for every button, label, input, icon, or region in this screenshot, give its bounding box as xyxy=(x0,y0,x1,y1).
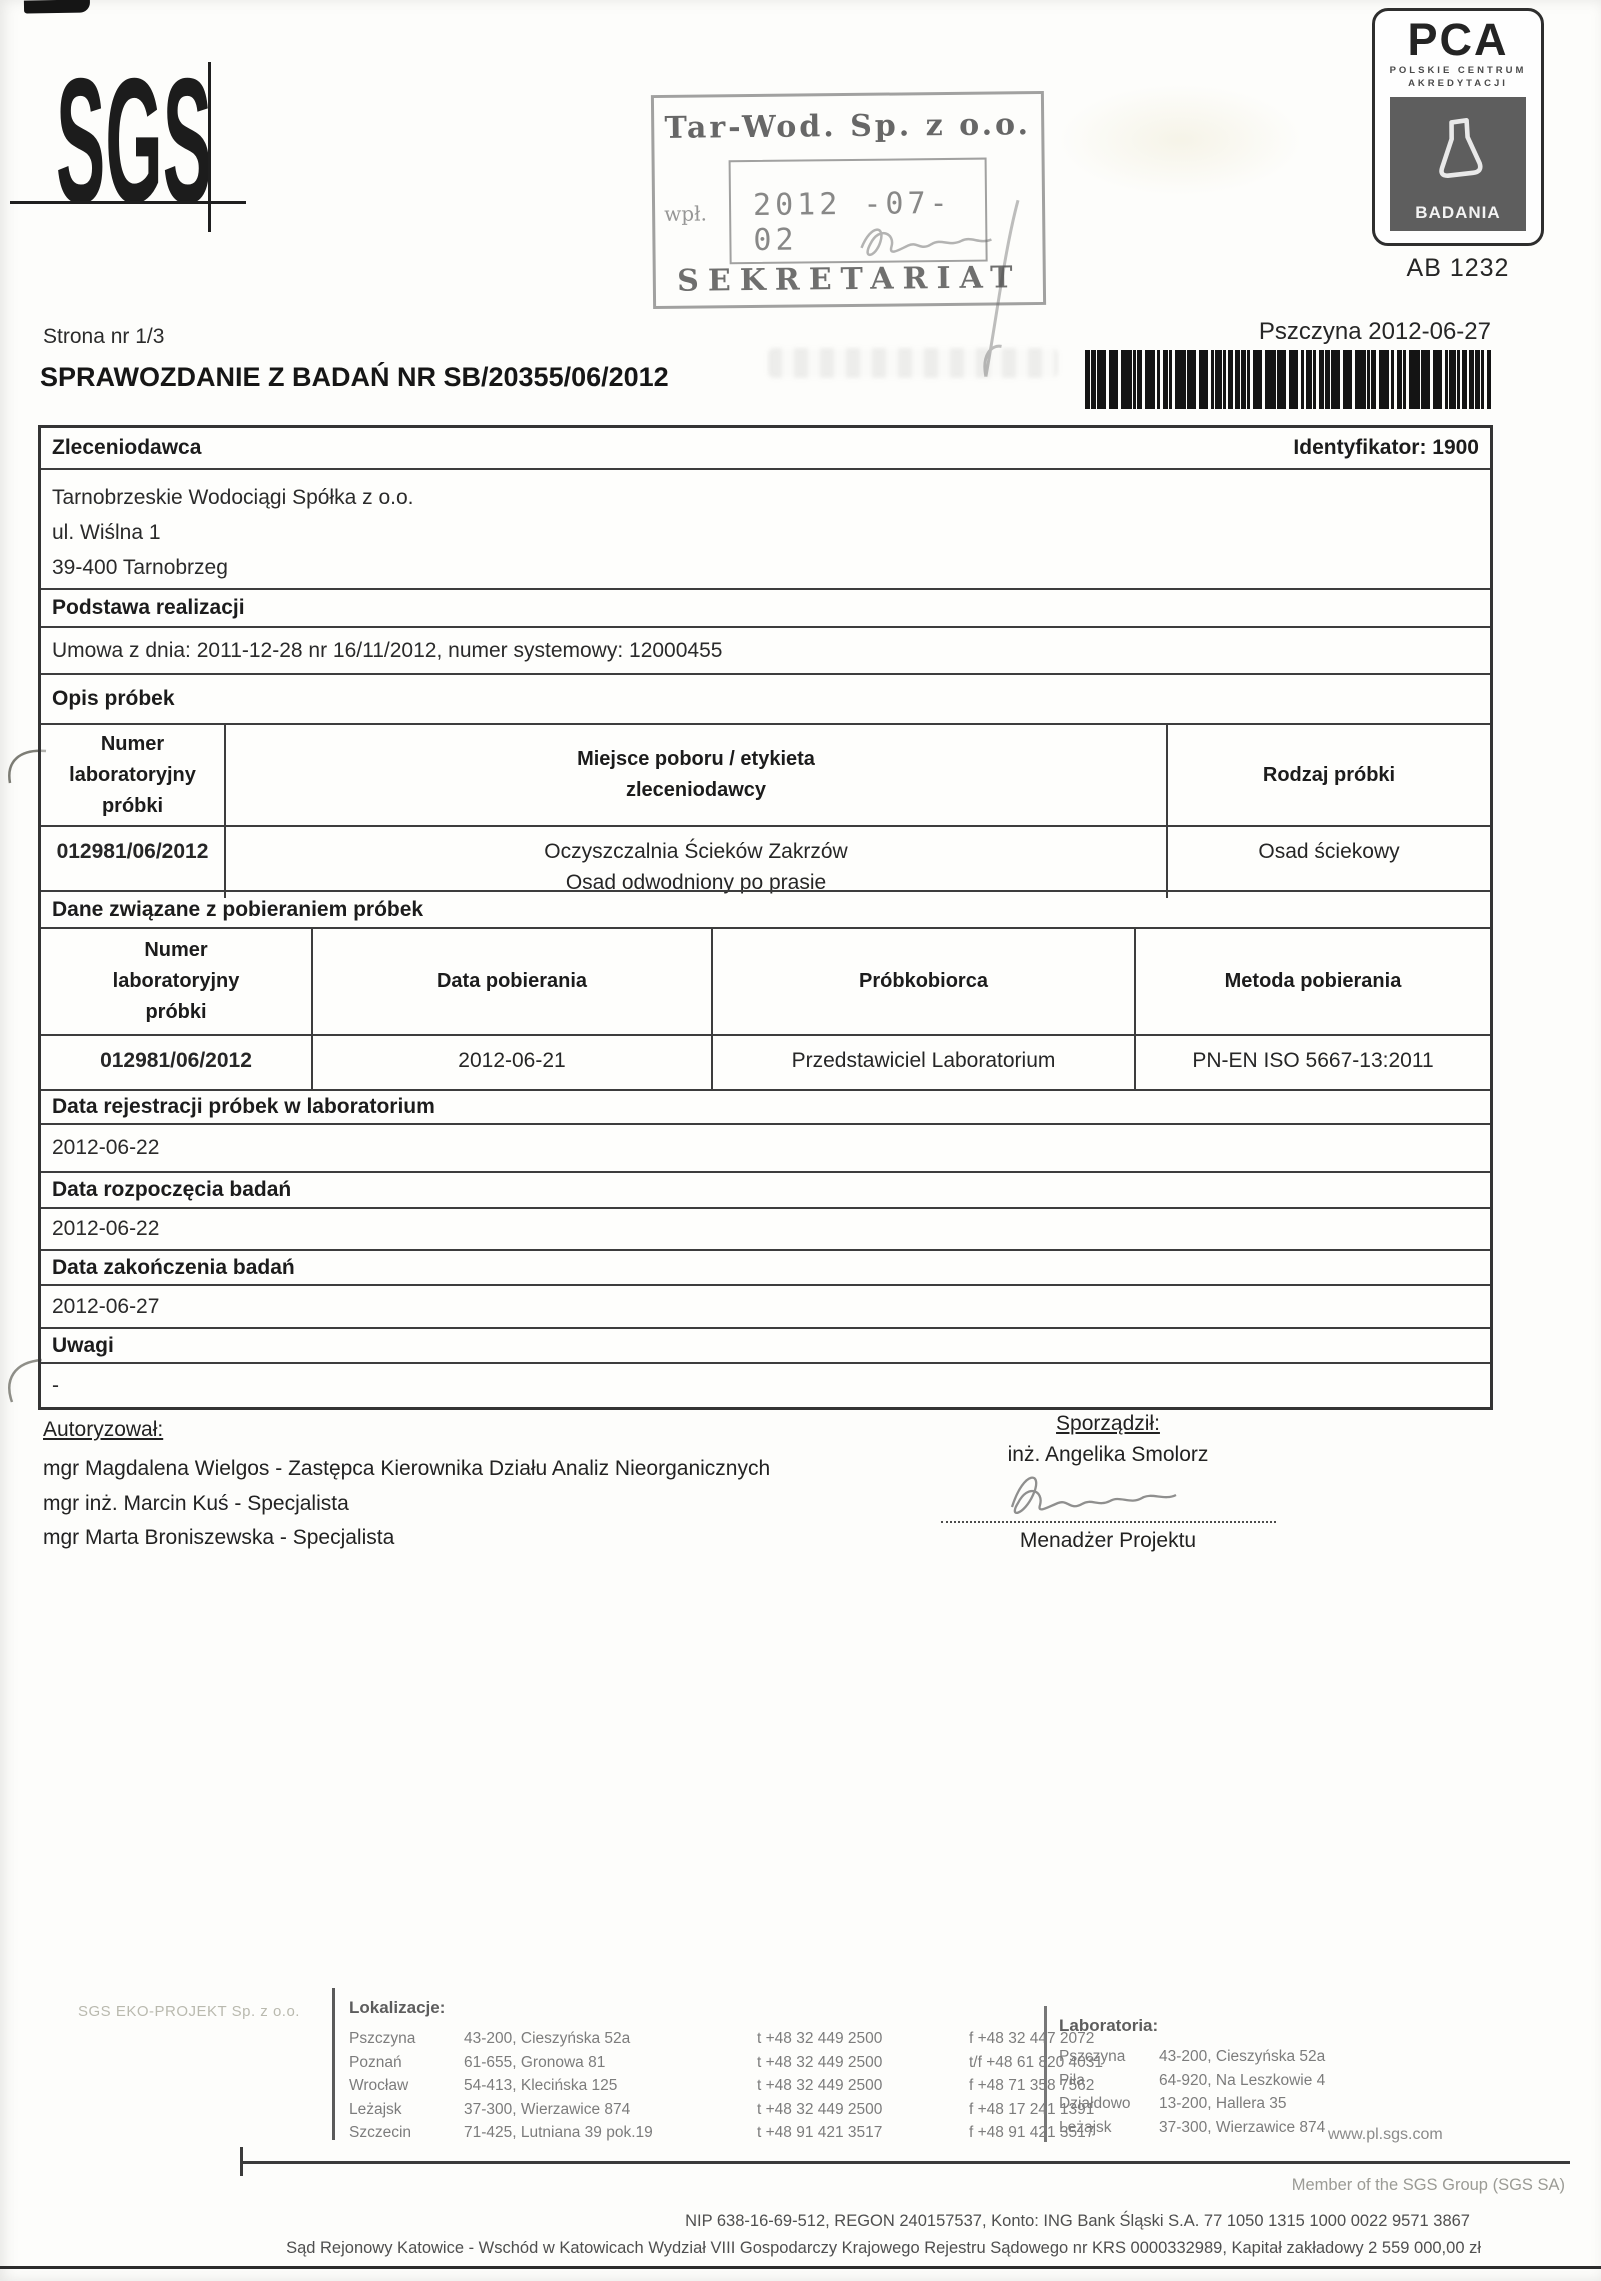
data-rejestracji-label: Data rejestracji próbek w laboratorium xyxy=(52,1095,435,1119)
data-zakonczenia-value: 2012-06-27 xyxy=(52,1295,159,1319)
identifier-value: Identyfikator: 1900 xyxy=(1293,436,1479,460)
prepared-role: Menadżer Projektu xyxy=(933,1529,1283,1553)
client-city: 39-400 Tarnobrzeg xyxy=(52,550,1479,585)
scan-corner-mark xyxy=(24,0,90,14)
location-address: 43-200, Cieszyńska 52a xyxy=(464,2027,757,2051)
podstawa-value-row: Umowa z dnia: 2011-12-28 nr 16/11/2012, … xyxy=(41,626,1490,673)
lab-city: Piła xyxy=(1059,2069,1159,2093)
lab-address: 13-200, Hallera 35 xyxy=(1159,2092,1325,2116)
client-name: Tarnobrzeskie Wodociągi Spółka z o.o. xyxy=(52,480,1479,515)
col2-data-label: Data pobierania xyxy=(437,966,587,997)
lab-address: 43-200, Cieszyńska 52a xyxy=(1159,2045,1325,2069)
pca-subtitle-line2: AKREDYTACJI xyxy=(1375,77,1541,90)
pca-scope-label: BADANIA xyxy=(1390,203,1526,223)
dane-pobieranie-header-row: Numer laboratoryjny próbki Data pobieran… xyxy=(41,929,1490,1034)
location-phone: t +48 32 449 2500 xyxy=(757,2027,969,2051)
col2-metoda-pobierania: Metoda pobierania xyxy=(1136,929,1490,1034)
dane-pobieranie-label: Dane związane z pobieraniem próbek xyxy=(52,898,423,922)
col-rodzaj-label: Rodzaj próbki xyxy=(1263,760,1395,791)
podstawa-label: Podstawa realizacji xyxy=(52,596,245,620)
accreditation-number: AB 1232 xyxy=(1372,254,1544,283)
sampling-method: PN-EN ISO 5667-13:2011 xyxy=(1192,1045,1433,1076)
location-address: 71-425, Lutniana 39 pok.19 xyxy=(464,2121,757,2145)
col-numer-laboratoryjny: Numer laboratoryjny próbki xyxy=(41,725,226,825)
pca-accreditation-block: PCA POLSKIE CENTRUM AKREDYTACJI BADANIA … xyxy=(1372,8,1544,283)
authorized-person-1: mgr Magdalena Wielgos - Zastępca Kierown… xyxy=(43,1452,770,1487)
data-rozpoczecia-value: 2012-06-22 xyxy=(52,1217,159,1241)
location-address: 54-413, Klecińska 125 xyxy=(464,2074,757,2098)
dane-pobieranie-data-row: 012981/06/2012 2012-06-21 Przedstawiciel… xyxy=(41,1034,1490,1089)
uwagi-value-row: - xyxy=(41,1362,1490,1407)
section-zleceniodawca: Zleceniodawca Identyfikator: 1900 xyxy=(41,428,1490,468)
section-data-zakonczenia: Data zakończenia badań xyxy=(41,1249,1490,1284)
col2-probkobiorca: Próbkobiorca xyxy=(713,929,1136,1034)
data-rozpoczecia-value-row: 2012-06-22 xyxy=(41,1207,1490,1249)
location-phone: t +48 91 421 3517 xyxy=(757,2121,969,2145)
data-zakonczenia-value-row: 2012-06-27 xyxy=(41,1284,1490,1327)
sample-type-cell: Osad ściekowy xyxy=(1168,827,1490,898)
umowa-value: Umowa z dnia: 2011-12-28 nr 16/11/2012, … xyxy=(52,639,722,663)
col2-probkobiorca-label: Próbkobiorca xyxy=(859,966,988,997)
sampling-person-cell: Przedstawiciel Laboratorium xyxy=(713,1036,1136,1089)
section-data-rejestracji: Data rejestracji próbek w laboratorium xyxy=(41,1089,1490,1123)
authorized-person-2: mgr inż. Marcin Kuś - Specjalista xyxy=(43,1487,770,1522)
location-phone: t +48 32 449 2500 xyxy=(757,2051,969,2075)
location-city: Wrocław xyxy=(349,2074,464,2098)
authorized-label: Autoryzował: xyxy=(43,1418,770,1442)
col-numer-label: Numer laboratoryjny próbki xyxy=(63,729,203,822)
lab-city: Pszczyna xyxy=(1059,2045,1159,2069)
sample-location-cell: Oczyszczalnia Ścieków Zakrzów Osad odwod… xyxy=(226,827,1168,898)
location-address: 61-655, Gronowa 81 xyxy=(464,2051,757,2075)
prepared-by-block: Sporządził: inż. Angelika Smolorz Menadż… xyxy=(933,1412,1283,1553)
client-street: ul. Wiślna 1 xyxy=(52,515,1479,550)
col2-data-pobierania: Data pobierania xyxy=(313,929,713,1034)
sampling-number-cell: 012981/06/2012 xyxy=(41,1036,313,1089)
footer-company-name: SGS EKO-PROJEKT Sp. z o.o. xyxy=(78,2003,300,2020)
col2-metoda-label: Metoda pobierania xyxy=(1225,966,1402,997)
location-phone: t +48 32 449 2500 xyxy=(757,2098,969,2122)
section-data-rozpoczecia: Data rozpoczęcia badań xyxy=(41,1171,1490,1207)
sampling-date: 2012-06-21 xyxy=(458,1045,565,1076)
page-bottom-rule xyxy=(0,2266,1601,2269)
zleceniodawca-label: Zleceniodawca xyxy=(52,436,201,460)
sgs-member-note: Member of the SGS Group (SGS SA) xyxy=(1292,2176,1565,2195)
scan-smudge xyxy=(1058,84,1303,196)
col-miejsce-poboru: Miejsce poboru / etykieta zleceniodawcy xyxy=(226,725,1168,825)
lab-city: Leżajsk xyxy=(1059,2116,1159,2140)
data-rozpoczecia-label: Data rozpoczęcia badań xyxy=(52,1178,291,1202)
registry-line-nip: NIP 638-16-69-512, REGON 240157537, Kont… xyxy=(685,2212,1470,2231)
sample-number: 012981/06/2012 xyxy=(57,836,209,867)
location-phone: t +48 32 449 2500 xyxy=(757,2074,969,2098)
sampling-method-cell: PN-EN ISO 5667-13:2011 xyxy=(1136,1036,1490,1089)
col2-numer-laboratoryjny: Numer laboratoryjny próbki xyxy=(41,929,313,1034)
col-miejsce-label: Miejsce poboru / etykieta zleceniodawcy xyxy=(526,744,866,806)
flask-icon xyxy=(1412,103,1504,195)
uwagi-label: Uwagi xyxy=(52,1334,114,1358)
registry-line-court: Sąd Rejonowy Katowice - Wschód w Katowic… xyxy=(286,2239,1481,2258)
col2-numer-label: Numer laboratoryjny próbki xyxy=(106,935,246,1028)
sample-location-line1: Oczyszczalnia Ścieków Zakrzów xyxy=(544,836,847,867)
uwagi-value: - xyxy=(52,1374,59,1398)
stamp-received-label: wpł. xyxy=(664,201,707,225)
scanned-report-page: SGS Tar-Wod. Sp. z o.o. wpł. 2012 -07- 0… xyxy=(0,0,1601,2281)
place-and-date: Pszczyna 2012-06-27 xyxy=(1259,318,1491,346)
footer-locations: Lokalizacje: Pszczyna 43-200, Cieszyńska… xyxy=(349,1998,1103,2145)
section-opis-probek: Opis próbek xyxy=(41,673,1490,723)
opis-probek-data-row: 012981/06/2012 Oczyszczalnia Ścieków Zak… xyxy=(41,825,1490,890)
sgs-logo-vertical-rule xyxy=(208,62,211,232)
section-uwagi: Uwagi xyxy=(41,1327,1490,1362)
footer-divider xyxy=(332,1988,335,2140)
locations-label: Lokalizacje: xyxy=(349,1998,1103,2018)
location-city: Szczecin xyxy=(349,2121,464,2145)
lab-city: Działdowo xyxy=(1059,2092,1159,2116)
footer-rule xyxy=(240,2161,1570,2164)
data-zakonczenia-label: Data zakończenia badań xyxy=(52,1256,295,1280)
section-dane-pobieranie: Dane związane z pobieraniem próbek xyxy=(41,890,1490,927)
footer-laboratories: Laboratoria: Pszczyna 43-200, Cieszyńska… xyxy=(1059,2016,1325,2139)
received-stamp: Tar-Wod. Sp. z o.o. wpł. 2012 -07- 02 SE… xyxy=(651,91,1046,309)
opis-probek-label: Opis próbek xyxy=(52,687,175,711)
report-table: Zleceniodawca Identyfikator: 1900 Tarnob… xyxy=(38,425,1493,1410)
location-city: Poznań xyxy=(349,2051,464,2075)
authorized-by-block: Autoryzował: mgr Magdalena Wielgos - Zas… xyxy=(43,1418,770,1556)
section-podstawa-realizacji: Podstawa realizacji xyxy=(41,588,1490,626)
location-city: Leżajsk xyxy=(349,2098,464,2122)
signature-handwriting xyxy=(988,1459,1228,1529)
location-city: Pszczyna xyxy=(349,2027,464,2051)
report-title: SPRAWOZDANIE Z BADAŃ NR SB/20355/06/2012 xyxy=(40,362,669,393)
client-address-block: Tarnobrzeskie Wodociągi Spółka z o.o. ul… xyxy=(41,468,1490,588)
sgs-logo: SGS xyxy=(54,70,304,220)
dane-pobieranie-table: Numer laboratoryjny próbki Data pobieran… xyxy=(41,927,1490,1089)
sampling-number: 012981/06/2012 xyxy=(100,1045,252,1076)
stamp-company-name: Tar-Wod. Sp. z o.o. xyxy=(654,107,1041,146)
pca-logo-text: PCA xyxy=(1375,16,1541,64)
pca-badge: PCA POLSKIE CENTRUM AKREDYTACJI BADANIA xyxy=(1372,8,1544,246)
sampling-date-cell: 2012-06-21 xyxy=(313,1036,713,1089)
opis-probek-header-row: Numer laboratoryjny próbki Miejsce pobor… xyxy=(41,725,1490,825)
authorized-person-3: mgr Marta Broniszewska - Specjalista xyxy=(43,1521,770,1556)
lab-address: 64-920, Na Leszkowie 4 xyxy=(1159,2069,1325,2093)
opis-probek-table: Numer laboratoryjny próbki Miejsce pobor… xyxy=(41,723,1490,890)
lab-address: 37-300, Wierzawice 874 xyxy=(1159,2116,1325,2140)
pca-subtitle-line1: POLSKIE CENTRUM xyxy=(1375,64,1541,77)
barcode xyxy=(1085,350,1491,409)
sample-type: Osad ściekowy xyxy=(1258,836,1399,867)
col-rodzaj-probki: Rodzaj próbki xyxy=(1168,725,1490,825)
data-rejestracji-value: 2012-06-22 xyxy=(52,1136,159,1160)
page-number-label: Strona nr 1/3 xyxy=(43,325,164,349)
pca-badania-box: BADANIA xyxy=(1390,97,1526,231)
website-url: www.pl.sgs.com xyxy=(1328,2126,1443,2144)
sample-number-cell: 012981/06/2012 xyxy=(41,827,226,898)
stamp-department: SEKRETARIAT xyxy=(656,260,1043,299)
data-rejestracji-value-row: 2012-06-22 xyxy=(41,1123,1490,1171)
prepared-label: Sporządził: xyxy=(933,1412,1283,1436)
laboratories-label: Laboratoria: xyxy=(1059,2016,1325,2036)
sgs-logo-text: SGS xyxy=(56,70,212,220)
location-address: 37-300, Wierzawice 874 xyxy=(464,2098,757,2122)
sampling-person: Przedstawiciel Laboratorium xyxy=(792,1045,1056,1076)
